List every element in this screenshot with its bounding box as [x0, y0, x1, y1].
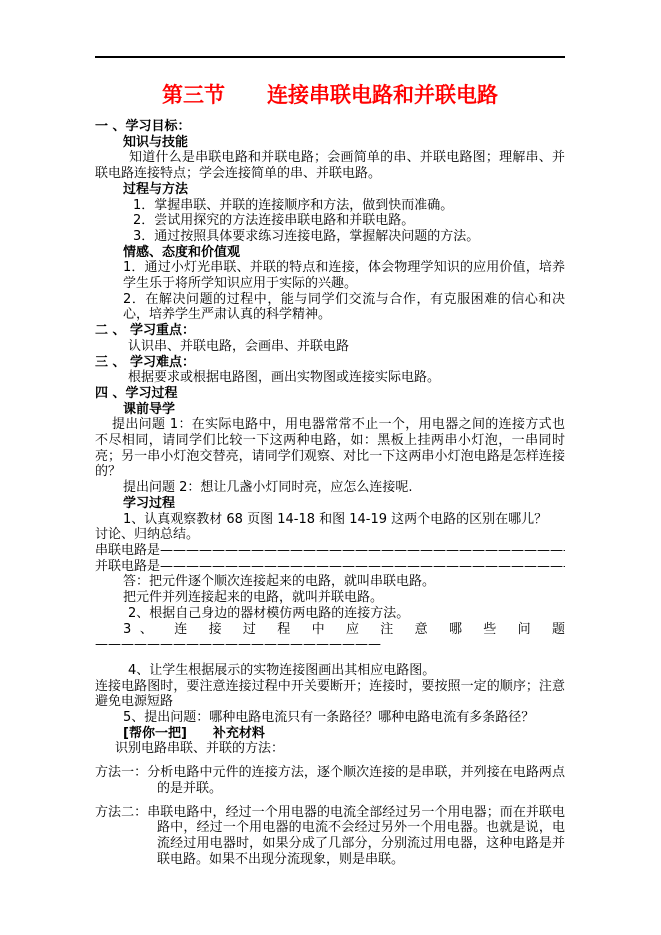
document-page: 第三节 连接串联电路和并联电路 一 、学习目标： 知识与技能 知道什么是串联电路…: [0, 0, 661, 935]
para-emotion-values-2: 2．在解决问题的过程中，能与同学们交流与合作，有克服困难的信心和决心，培养学生严…: [123, 292, 565, 323]
para-step-4-draw: 4、让学生根据展示的实物连接图画出其相应电路图。: [128, 663, 565, 679]
list-item-method-1: 1．掌握串联、并联的连接顺序和方法，做到快而准确。: [133, 198, 565, 214]
blank-series-circuit-line: 串联电路是————————————————————————————————: [95, 543, 565, 559]
list-item-method-3: 3．通过按照具体要求练习连接电路，掌握解决问题的方法。: [133, 229, 565, 245]
heading-learning-steps: 学习过程: [123, 496, 565, 512]
para-wiring-notes: 连接电路图时，要注意连接过程中开关要断开；连接时，要按照一定的顺序；注意避免电源…: [95, 679, 565, 710]
para-step-1-observe: 1、认真观察教材 68 页图 14-18 和图 14-19 这两个电路的区别在哪…: [123, 512, 565, 528]
heading-learning-goals: 一 、学习目标：: [95, 119, 565, 135]
para-identify-methods-intro: 识别电路串联、并联的方法：: [115, 741, 565, 757]
para-knowledge-skills: 知道什么是串联电路和并联电路；会画简单的串、并联电路图；理解串、并联电路连接特点…: [95, 150, 565, 181]
blank-answer-line: ——————————————————————: [95, 637, 565, 653]
list-item-method-2: 2．尝试用探究的方法连接串联电路和并联电路。: [133, 213, 565, 229]
heading-knowledge-skills: 知识与技能: [123, 135, 565, 151]
heading-difficult-points: 三 、 学习难点：: [95, 355, 565, 371]
para-answer-parallel: 把元件并列连接起来的电路，就叫并联电路。: [123, 590, 565, 606]
heading-help-supplement: [帮你一把] 补充材料: [123, 726, 565, 742]
document-content: 第三节 连接串联电路和并联电路 一 、学习目标： 知识与技能 知道什么是串联电路…: [95, 56, 565, 867]
heading-emotion-values: 情感、态度和价值观: [123, 245, 565, 261]
para-question-2: 提出问题 2：想让几盏小灯同时亮，应怎么连接呢.: [123, 480, 565, 496]
para-question-1: 提出问题 1：在实际电路中，用电器常常不止一个，用电器之间的连接方式也不尽相同，…: [95, 417, 565, 480]
heading-process-methods: 过程与方法: [123, 182, 565, 198]
para-emotion-values-1: 1．通过小灯光串联、并联的特点和连接，体会物理学知识的应用价值，培养学生乐于将所…: [123, 260, 565, 291]
header-rule: [95, 56, 565, 58]
para-step-5-question: 5、提出问题：哪种电路电流只有一条路径？哪种电路电流有多条路径？: [123, 710, 565, 726]
heading-key-points: 二 、 学习重点：: [95, 323, 565, 339]
heading-preclass-guide: 课前导学: [123, 402, 565, 418]
para-answer-series: 答：把元件逐个顺次连接起来的电路，就叫串联电路。: [123, 574, 565, 590]
heading-learning-process: 四 、学习过程: [95, 386, 565, 402]
para-key-points: 认识串、并联电路，会画串、并联电路: [128, 339, 565, 355]
para-identify-method-1: 方法一：分析电路中元件的连接方法，逐个顺次连接的是串联，并列接在电路两点的是并联…: [95, 765, 565, 796]
para-identify-method-2: 方法二：串联电路中，经过一个用电器的电流全部经过另一个用电器；而在并联电路中，经…: [95, 805, 565, 868]
doc-title: 第三节 连接串联电路和并联电路: [95, 82, 565, 108]
para-discuss-summarize: 讨论、归纳总结。: [95, 527, 565, 543]
para-difficult-points: 根据要求或根据电路图，画出实物图或连接实际电路。: [128, 370, 565, 386]
para-step-2-imitate: 2、根据自己身边的器材模仿两电路的连接方法。: [128, 606, 565, 622]
para-step-3-attention: 3、 连 接 过 程 中 应 注 意 哪 些 问 题: [123, 622, 565, 638]
blank-parallel-circuit-line: 并联电路是————————————————————————————————: [95, 559, 565, 575]
